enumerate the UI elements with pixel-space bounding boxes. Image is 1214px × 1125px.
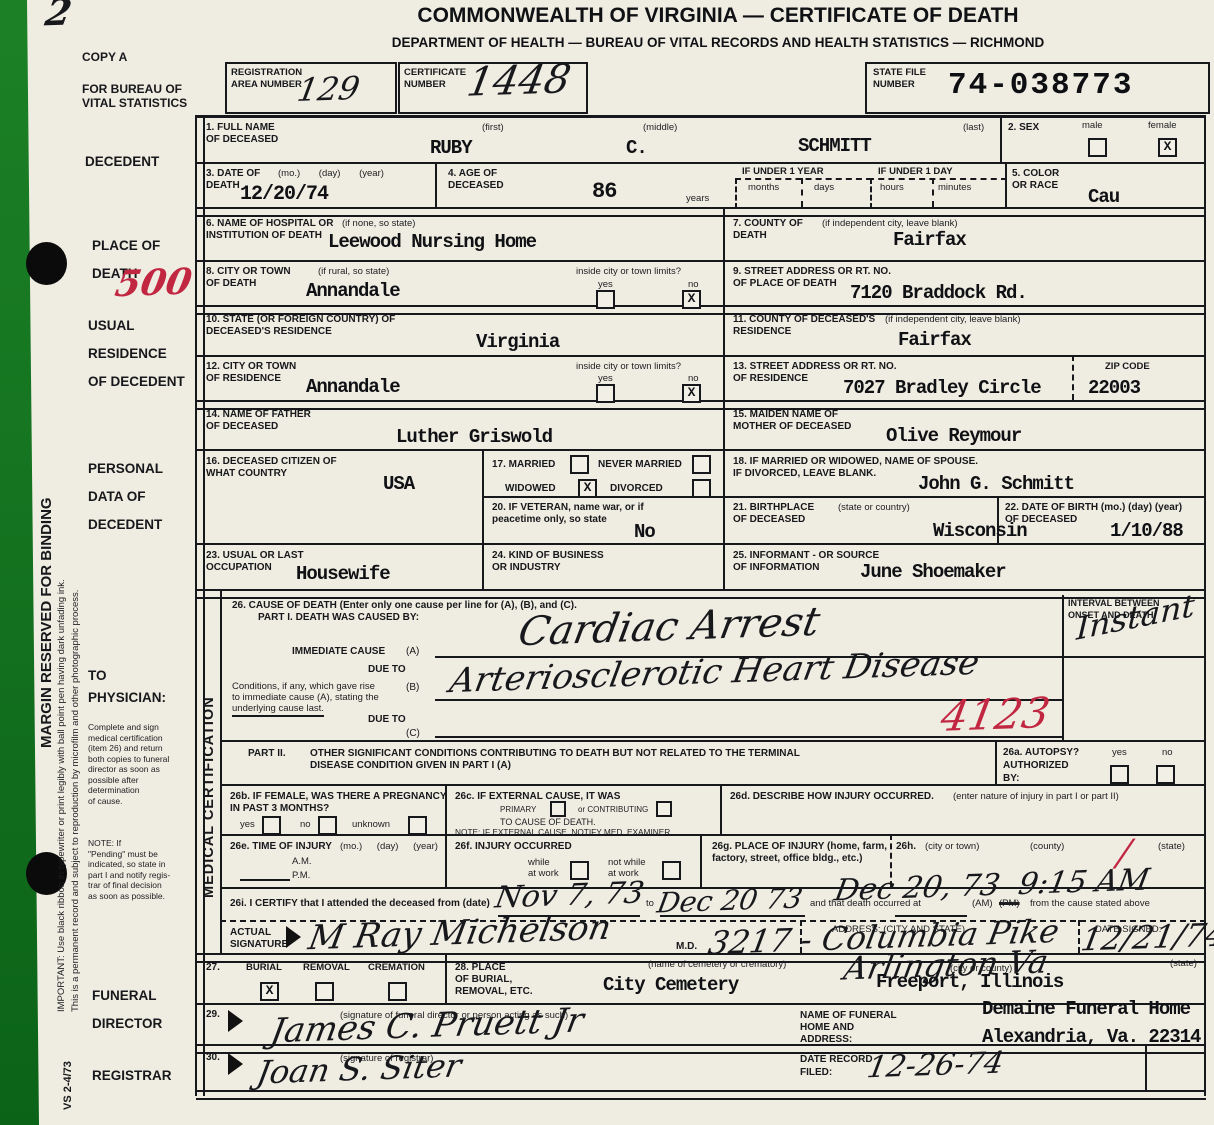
under-one-day-label: IF UNDER 1 DAY (878, 166, 953, 178)
pending-note: NOTE: If "Pending" must be indicated, so… (88, 838, 198, 901)
caption-no-2: no (688, 373, 699, 384)
section-label-personal-data: PERSONAL DATA OF DECEDENT (88, 455, 163, 539)
caption-preg-no: no (300, 819, 311, 830)
caption-if-rural: (if rural, so state) (318, 266, 389, 277)
certificate-number-label: CERTIFICATE NUMBER (404, 67, 466, 90)
part2-label: PART II. (248, 748, 286, 760)
caption-autopsy-no: no (1162, 747, 1173, 758)
form-left-border (195, 115, 205, 1096)
checkbox-preg-no (318, 816, 337, 835)
value-city-of-death: Annandale (306, 281, 400, 301)
caption-first: (first) (482, 122, 504, 133)
caption-state-or-country: (state or country) (838, 502, 910, 513)
field-30-number: 30. (206, 1052, 220, 1064)
field-occupation-label: 23. USUAL OR LAST OCCUPATION (206, 550, 304, 573)
code-handwritten-red: 4123 (937, 688, 1053, 741)
value-hospital: Leewood Nursing Home (328, 232, 536, 252)
pointer-arrow (286, 926, 301, 948)
caption-while-at-work: while at work (528, 857, 559, 879)
field-birthplace-label: 21. BIRTHPLACE OF DECEASED (733, 502, 814, 525)
caption-independent-city-1: (if independent city, leave blank) (822, 218, 958, 229)
value-street-residence: 7027 Bradley Circle (843, 378, 1041, 398)
section-label-funeral-director: FUNERAL DIRECTOR (92, 982, 162, 1038)
caption-autopsy-yes: yes (1112, 747, 1127, 758)
registrar-signature: Joan S. Siter (254, 1046, 464, 1091)
field-city-of-death-label: 8. CITY OR TOWN OF DEATH (206, 266, 291, 289)
death-certificate-scan: 2 MARGIN RESERVED FOR BINDING IMPORTANT:… (0, 0, 1214, 1125)
checkbox-limits-no-2: X (682, 384, 701, 403)
section-label-to-physician: TO PHYSICIAN: (88, 665, 166, 709)
section-label-usual-residence: USUAL RESIDENCE OF DECEDENT (88, 312, 185, 396)
section-label-decedent: DECEDENT (85, 148, 159, 176)
conditions-note-underlined: underlying cause last. (232, 703, 324, 717)
margin-binding-note: MARGIN RESERVED FOR BINDING (38, 497, 55, 748)
copy-for-label: FOR BUREAU OF VITAL STATISTICS (82, 82, 187, 110)
value-date-signed: 12/21/74 (1078, 916, 1214, 959)
caption-injury-city: (city or town) (925, 841, 979, 852)
caption-middle: (middle) (643, 122, 677, 133)
field-state-residence-label: 10. STATE (OR FOREIGN COUNTRY) OF DECEAS… (206, 314, 395, 337)
pointer-arrow (228, 1053, 243, 1075)
caption-independent-city-2: (if independent city, leave blank) (885, 314, 1021, 325)
value-color-race: Cau (1088, 187, 1119, 207)
caption-cremation: CREMATION (368, 962, 425, 974)
value-first-name: RUBY (430, 138, 472, 158)
value-state-residence: Virginia (476, 332, 559, 352)
value-citizen: USA (383, 474, 414, 494)
caption-am: A.M. (292, 856, 312, 867)
checkbox-removal (315, 982, 334, 1001)
part1-label: PART I. DEATH WAS CAUSED BY: (258, 612, 419, 624)
certificate-number-value: 1448 (464, 56, 575, 106)
caption-primary: PRIMARY (500, 805, 536, 816)
caption-preg-yes: yes (240, 819, 255, 830)
checkbox-never-married (692, 455, 711, 474)
caption-burial: BURIAL (246, 962, 282, 974)
value-funeral-home-name: Demaine Funeral Home (982, 999, 1190, 1019)
field-divorced-label: DIVORCED (610, 483, 663, 495)
caption-male: male (1082, 120, 1103, 131)
md-label: M.D. (676, 941, 697, 953)
field-mother-label: 15. MAIDEN NAME OF MOTHER OF DECEASED (733, 409, 851, 432)
section-label-registrar: REGISTRAR (92, 1062, 172, 1090)
field-citizen-label: 16. DECEASED CITIZEN OF WHAT COUNTRY (206, 456, 337, 479)
value-age: 86 (592, 182, 616, 202)
caption-inside-limits-2: inside city or town limits? (576, 361, 681, 372)
caption-contributing: or CONTRIBUTING (578, 805, 648, 816)
caption-female: female (1148, 120, 1177, 131)
field-time-of-injury-label: 26e. TIME OF INJURY (230, 841, 332, 853)
caption-preg-unknown: unknown (352, 819, 390, 830)
due-to-label-2: DUE TO (368, 714, 406, 726)
punch-hole (26, 242, 67, 285)
state-file-label: STATE FILE NUMBER (873, 67, 926, 90)
caption-injury-county: (county) (1030, 841, 1064, 852)
due-to-label-1: DUE TO (368, 664, 406, 676)
caption-days: days (814, 182, 834, 193)
caption-injury-date-parts: (mo.) (day) (year) (340, 841, 438, 852)
caption-years: years (686, 193, 709, 204)
field-pregnancy-label: 26b. IF FEMALE, WAS THERE A PREGNANCY IN… (230, 791, 447, 814)
field-sex-label: 2. SEX (1008, 122, 1039, 134)
caption-date-parts: (mo.) (day) (year) (278, 168, 384, 179)
value-cemetery: City Cemetery (603, 975, 738, 995)
field-27-number: 27. (206, 962, 220, 974)
checkbox-primary (550, 801, 566, 817)
caption-months: months (748, 182, 779, 193)
actual-signature-label: ACTUAL SIGNATURE (230, 927, 288, 950)
caption-last: (last) (963, 122, 984, 133)
conditions-note: Conditions, if any, which gave rise to i… (232, 681, 379, 703)
caption-inside-limits-1: inside city or town limits? (576, 266, 681, 277)
value-burial-city: Freeport, Illinois (876, 972, 1063, 992)
checkbox-married (570, 455, 589, 474)
checkbox-not-while-at-work (662, 861, 681, 880)
field-place-of-injury-label: 26g. PLACE OF INJURY (home, farm, factor… (712, 841, 887, 864)
caption-cemetery-name: (name of cemetery or crematory) (648, 959, 786, 970)
important-note-line2: This is a permanent record and subject t… (71, 590, 82, 1012)
value-county-residence: Fairfax (898, 330, 971, 350)
physician-signature: M Ray Michelson (305, 908, 614, 958)
checkbox-contributing (656, 801, 672, 817)
certificate-subtitle: DEPARTMENT OF HEALTH — BUREAU OF VITAL R… (228, 35, 1208, 50)
binding-strip (0, 0, 42, 1125)
caption-minutes: minutes (938, 182, 971, 193)
field-veteran-label: 20. IF VETERAN, name war, or if peacetim… (492, 502, 644, 525)
checkbox-limits-no-1: X (682, 290, 701, 309)
value-last-name: SCHMITT (798, 136, 871, 156)
pointer-arrow (228, 1010, 243, 1032)
caption-to-cause-of-death: TO CAUSE OF DEATH. (500, 817, 596, 828)
state-file-value: 74-038773 (948, 68, 1133, 103)
value-father: Luther Griswold (396, 427, 552, 447)
value-cause-a: Cardiac Arrest (515, 599, 824, 655)
important-note-line1: IMPORTANT: Use black ribbon in typewrite… (57, 579, 68, 1012)
field-county-of-death-label: 7. COUNTY OF DEATH (733, 218, 803, 241)
funeral-home-label: NAME OF FUNERAL HOME AND ADDRESS: (800, 1010, 897, 1046)
value-zip: 22003 (1088, 378, 1140, 398)
registration-area-value: 129 (294, 69, 362, 109)
checkbox-limits-yes-2 (596, 384, 615, 403)
caption-yes-1: yes (598, 279, 613, 290)
caption-burial-state: (state) (1170, 958, 1197, 969)
checkbox-sex-female: X (1158, 138, 1177, 157)
value-date-record-filed: 12-26-74 (864, 1046, 1006, 1086)
page-mark: 2 (42, 0, 75, 34)
checkbox-sex-male (1088, 138, 1107, 157)
caption-if-none: (if none, so state) (342, 218, 415, 229)
value-mother: Olive Reymour (886, 426, 1021, 446)
external-cause-note: NOTE: IF EXTERNAL CAUSE, NOTIFY MED. EXA… (455, 827, 670, 838)
field-father-label: 14. NAME OF FATHER OF DECEASED (206, 409, 311, 432)
field-zip-label: ZIP CODE (1105, 361, 1150, 373)
checkbox-preg-unknown (408, 816, 427, 835)
value-date-of-birth: 1/10/88 (1110, 521, 1183, 541)
checkbox-preg-yes (262, 816, 281, 835)
line-a-label: (A) (406, 646, 419, 658)
field-hospital-label: 6. NAME OF HOSPITAL OR INSTITUTION OF DE… (206, 218, 333, 241)
field-29-number: 29. (206, 1009, 220, 1021)
value-date-of-death: 12/20/74 (240, 185, 328, 205)
value-informant: June Shoemaker (860, 562, 1006, 582)
place-code-handwritten: 500 (112, 261, 195, 306)
value-spouse: John G. Schmitt (918, 474, 1074, 494)
field-autopsy-label: 26a. AUTOPSY? AUTHORIZED BY: (1003, 746, 1079, 785)
caption-yes-2: yes (598, 373, 613, 384)
caption-no-1: no (688, 279, 699, 290)
field-city-residence-label: 12. CITY OR TOWN OF RESIDENCE (206, 361, 296, 384)
copy-label: COPY A (82, 52, 127, 64)
field-informant-label: 25. INFORMANT - OR SOURCE OF INFORMATION (733, 550, 879, 573)
caption-nature-of-injury: (enter nature of injury in part I or par… (953, 791, 1119, 802)
certificate-title: COMMONWEALTH OF VIRGINIA — CERTIFICATE O… (228, 4, 1208, 28)
caption-injury-state: (state) (1158, 841, 1185, 852)
caption-hours: hours (880, 182, 904, 193)
under-one-year-label: IF UNDER 1 YEAR (742, 166, 824, 178)
immediate-cause-label: IMMEDIATE CAUSE (292, 646, 385, 658)
certify-to: to (646, 898, 654, 909)
value-city-residence: Annandale (306, 377, 400, 397)
value-attended-to: Dec 20 73 (655, 882, 806, 920)
field-26h-number: 26h. (896, 841, 916, 853)
field-color-race-label: 5. COLOR OR RACE (1012, 168, 1059, 191)
line-c-label: (C) (406, 728, 420, 740)
line-b-label: (B) (406, 682, 419, 694)
field-business-label: 24. KIND OF BUSINESS OR INDUSTRY (492, 550, 604, 573)
field-place-of-burial-label: 28. PLACE OF BURIAL, REMOVAL, ETC. (455, 962, 533, 998)
field-age-label: 4. AGE OF DECEASED (448, 168, 504, 191)
field-never-married-label: NEVER MARRIED (598, 459, 682, 471)
field-injury-occurred-label: 26f. INJURY OCCURRED (455, 841, 572, 853)
field-widowed-label: WIDOWED (505, 483, 556, 495)
form-code: VS 2-4/73 (62, 1061, 74, 1110)
checkbox-autopsy-yes (1110, 765, 1129, 784)
registration-area-label: REGISTRATION AREA NUMBER (231, 67, 302, 90)
value-middle-name: C. (626, 138, 647, 158)
caption-removal: REMOVAL (303, 962, 350, 974)
certify-statement-pre: 26i. I CERTIFY that I attended the decea… (230, 898, 490, 910)
field-married-label: 17. MARRIED (492, 459, 555, 471)
field-full-name-label: 1. FULL NAME OF DECEASED (206, 122, 278, 145)
value-occupation: Housewife (296, 564, 390, 584)
date-record-filed-label: DATE RECORD FILED: (800, 1053, 873, 1079)
value-funeral-home-address: Alexandria, Va. 22314 (982, 1027, 1200, 1047)
field-external-cause-label: 26c. IF EXTERNAL CAUSE, IT WAS (455, 791, 620, 803)
value-street-of-death: 7120 Braddock Rd. (850, 283, 1027, 303)
checkbox-burial: X (260, 982, 279, 1001)
value-county-of-death: Fairfax (893, 230, 966, 250)
field-how-injury-label: 26d. DESCRIBE HOW INJURY OCCURRED. (730, 791, 934, 803)
checkbox-limits-yes-1 (596, 290, 615, 309)
field-county-residence-label: 11. COUNTY OF DECEASED'S RESIDENCE (733, 314, 875, 337)
checkbox-cremation (388, 982, 407, 1001)
checkbox-widowed: X (578, 479, 597, 498)
value-veteran: No (634, 522, 655, 542)
part2-text: OTHER SIGNIFICANT CONDITIONS CONTRIBUTIN… (310, 748, 800, 771)
checkbox-divorced (692, 479, 711, 498)
caption-pm: P.M. (292, 870, 310, 881)
checkbox-autopsy-no (1156, 765, 1175, 784)
physician-instructions: Complete and sign medical certification … (88, 722, 196, 806)
